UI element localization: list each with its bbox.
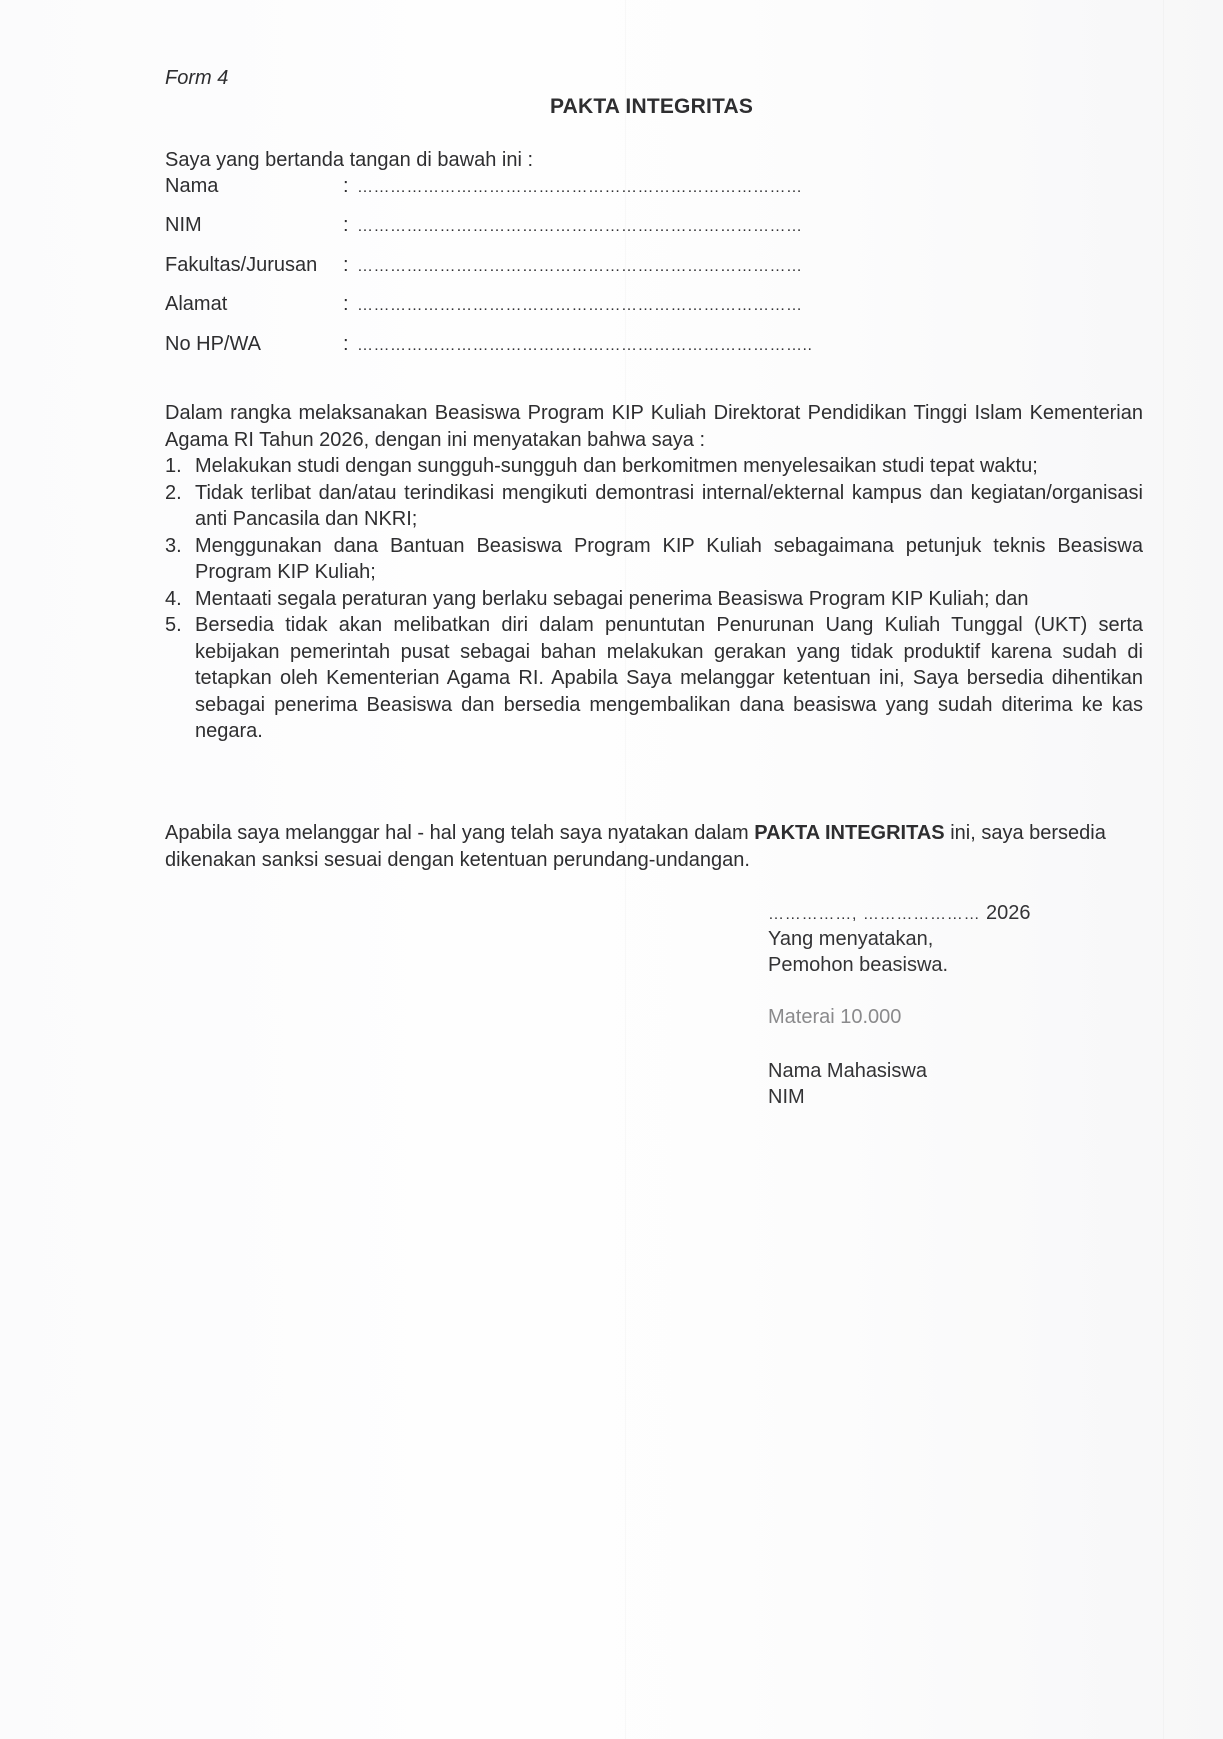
field-label: Fakultas/Jurusan (165, 254, 343, 277)
signature-stated-by: Yang menyatakan, (768, 926, 933, 952)
place-blank: ……………, (768, 906, 857, 923)
signature-id: NIM (768, 1084, 805, 1110)
list-item: 2.Tidak terlibat dan/atau terindikasi me… (165, 480, 1143, 533)
field-no-hp-wa: No HP/WA:……………………………………………………………………….. (165, 333, 812, 356)
list-number: 1. (165, 453, 182, 480)
list-number: 3. (165, 533, 182, 560)
list-item: 3.Menggunakan dana Bantuan Beasiswa Prog… (165, 533, 1143, 586)
list-text: Melakukan studi dengan sungguh-sungguh d… (195, 455, 1038, 477)
list-number: 2. (165, 480, 182, 507)
field-blank: ……………………………………………………………………… (357, 258, 803, 276)
field-blank: ……………………………………………………………………… (357, 179, 803, 197)
field-nama: Nama:……………………………………………………………………… (165, 175, 803, 198)
field-blank: ……………………………………………………………………….. (357, 337, 812, 355)
field-label: Nama (165, 175, 343, 198)
closing-statement: Apabila saya melanggar hal - hal yang te… (165, 820, 1143, 873)
list-item: 5.Bersedia tidak akan melibatkan diri da… (165, 612, 1143, 745)
closing-bold-title: PAKTA INTEGRITAS (754, 822, 944, 844)
closing-text-before: Apabila saya melanggar hal - hal yang te… (165, 822, 754, 844)
list-text: Tidak terlibat dan/atau terindikasi meng… (195, 482, 1143, 531)
form-number: Form 4 (165, 67, 228, 90)
field-blank: ……………………………………………………………………… (357, 297, 803, 315)
document-page: Form 4 PAKTA INTEGRITAS Saya yang bertan… (0, 0, 1223, 1739)
intro-text: Saya yang bertanda tangan di bawah ini : (165, 149, 533, 172)
field-nim: NIM:……………………………………………………………………… (165, 214, 803, 237)
scan-edge-line (1163, 0, 1164, 1739)
field-fakultas-jurusan: Fakultas/Jurusan:……………………………………………………………… (165, 254, 803, 277)
field-colon: : (343, 254, 357, 277)
field-label: No HP/WA (165, 333, 343, 356)
date-blank: ………………… (863, 906, 981, 923)
field-blank: ……………………………………………………………………… (357, 218, 803, 236)
signature-year: 2026 (986, 902, 1031, 924)
list-text: Mentaati segala peraturan yang berlaku s… (195, 588, 1028, 610)
commitment-list: 1.Melakukan studi dengan sungguh-sungguh… (165, 453, 1143, 745)
signature-name: Nama Mahasiswa (768, 1058, 927, 1084)
field-colon: : (343, 175, 357, 198)
signature-date-line: ……………, ………………… 2026 (768, 900, 1030, 928)
list-item: 1.Melakukan studi dengan sungguh-sungguh… (165, 453, 1143, 480)
list-number: 4. (165, 586, 182, 613)
field-colon: : (343, 333, 357, 356)
field-label: Alamat (165, 293, 343, 316)
list-text: Menggunakan dana Bantuan Beasiswa Progra… (195, 535, 1143, 584)
field-alamat: Alamat:……………………………………………………………………… (165, 293, 803, 316)
statement-intro: Dalam rangka melaksanakan Beasiswa Progr… (165, 400, 1143, 453)
document-title: PAKTA INTEGRITAS (0, 95, 1223, 119)
field-colon: : (343, 293, 357, 316)
field-colon: : (343, 214, 357, 237)
list-number: 5. (165, 612, 182, 639)
stamp-duty-label: Materai 10.000 (768, 1004, 901, 1030)
list-text: Bersedia tidak akan melibatkan diri dala… (195, 614, 1143, 742)
signature-role: Pemohon beasiswa. (768, 952, 948, 978)
list-item: 4.Mentaati segala peraturan yang berlaku… (165, 586, 1143, 613)
field-label: NIM (165, 214, 343, 237)
